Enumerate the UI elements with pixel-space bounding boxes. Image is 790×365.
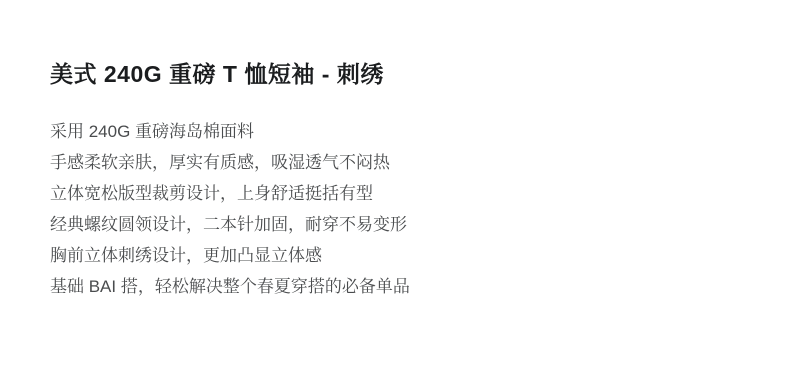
- product-description-page: 美式 240G 重磅 T 恤短袖 - 刺绣 采用 240G 重磅海岛棉面料 手感…: [0, 0, 790, 365]
- product-title: 美式 240G 重磅 T 恤短袖 - 刺绣: [50, 56, 384, 89]
- description-line-fit: 立体宽松版型裁剪设计，上身舒适挺括有型: [50, 178, 410, 209]
- description-line-feel: 手感柔软亲肤，厚实有质感，吸湿透气不闷热: [50, 147, 410, 178]
- description-line-versatile: 基础 BAI 搭，轻松解决整个春夏穿搭的必备单品: [50, 271, 410, 302]
- description-line-fabric: 采用 240G 重磅海岛棉面料: [50, 116, 410, 147]
- description-line-embroidery: 胸前立体刺绣设计，更加凸显立体感: [50, 240, 410, 271]
- product-description: 采用 240G 重磅海岛棉面料 手感柔软亲肤，厚实有质感，吸湿透气不闷热 立体宽…: [50, 116, 410, 302]
- description-line-collar: 经典螺纹圆领设计，二本针加固，耐穿不易变形: [50, 209, 410, 240]
